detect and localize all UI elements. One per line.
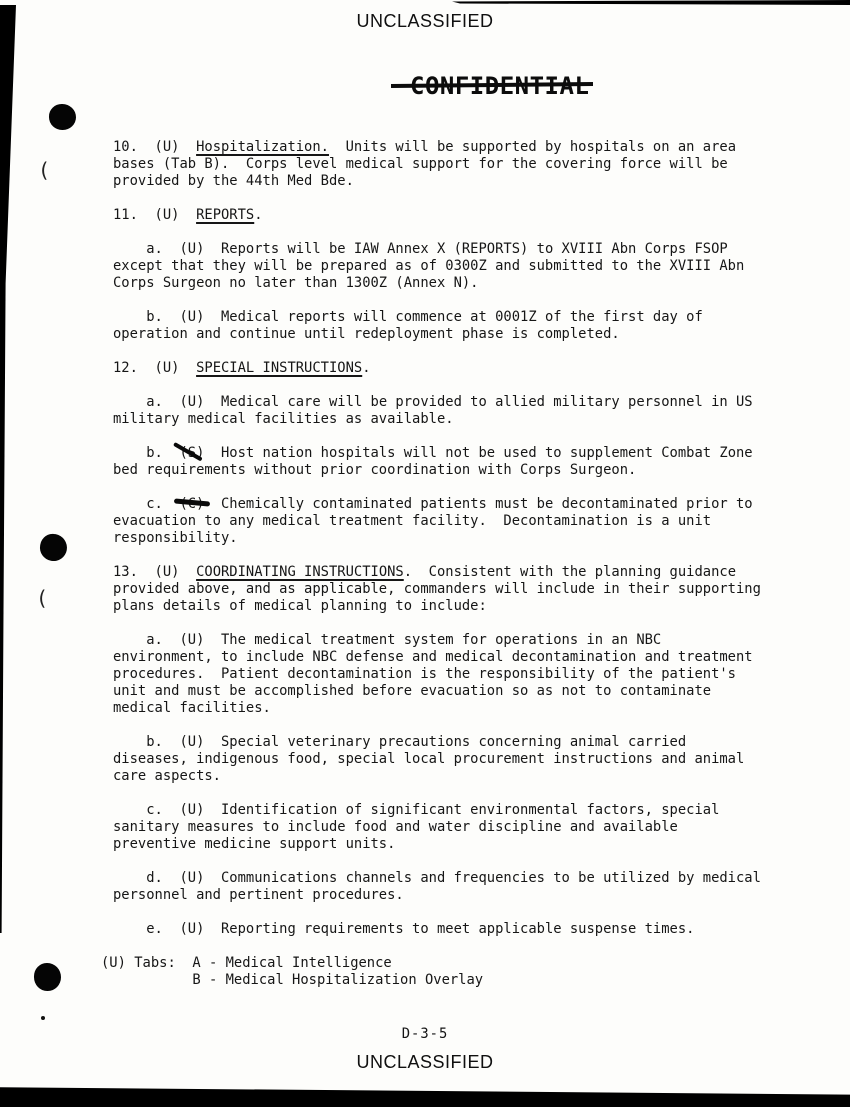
footer-classification: UNCLASSIFIED bbox=[0, 1052, 850, 1073]
para-13: 13. (U) COORDINATING INSTRUCTIONS. Consi… bbox=[113, 564, 775, 615]
para-13d-text: d. (U) Communications channels and frequ… bbox=[113, 870, 761, 903]
scan-edge-top-artifact bbox=[452, 0, 850, 5]
para-13-heading: COORDINATING INSTRUCTIONS bbox=[196, 564, 404, 580]
scan-edge-bottom-artifact bbox=[0, 1085, 850, 1107]
para-13a-text: a. (U) The medical treatment system for … bbox=[113, 632, 753, 716]
para-11: 11. (U) REPORTS. bbox=[113, 207, 775, 224]
ink-speck bbox=[41, 1016, 45, 1020]
para-12c: c. (C) Chemically contaminated patients … bbox=[113, 496, 775, 547]
para-11a: a. (U) Reports will be IAW Annex X (REPO… bbox=[113, 241, 775, 292]
para-12a: a. (U) Medical care will be provided to … bbox=[113, 394, 775, 428]
para-11b-text: b. (U) Medical reports will commence at … bbox=[113, 309, 703, 342]
pen-mark-paren-2: ( bbox=[36, 588, 48, 608]
hole-punch-dot-2 bbox=[38, 532, 69, 563]
para-11a-text: a. (U) Reports will be IAW Annex X (REPO… bbox=[113, 241, 744, 291]
scanned-document-page: ( ( UNCLASSIFIED CONFIDENTIAL 10. (U) Ho… bbox=[0, 0, 850, 1107]
para-13a: a. (U) The medical treatment system for … bbox=[113, 632, 775, 717]
para-13c-text: c. (U) Identification of significant env… bbox=[113, 802, 719, 852]
para-12-number: 12. (U) bbox=[113, 360, 196, 376]
para-11b: b. (U) Medical reports will commence at … bbox=[113, 309, 775, 343]
para-12-period: . bbox=[362, 360, 370, 376]
para-12a-text: a. (U) Medical care will be provided to … bbox=[113, 394, 753, 427]
tabs-list: (U) Tabs: A - Medical Intelligence B - M… bbox=[101, 955, 775, 989]
para-12b: b. (S) Host nation hospitals will not be… bbox=[113, 445, 775, 479]
header-classification: UNCLASSIFIED bbox=[0, 11, 850, 32]
para-10-number: 10. (U) bbox=[113, 139, 196, 155]
para-13b: b. (U) Special veterinary precautions co… bbox=[113, 734, 775, 785]
document-body: 10. (U) Hospitalization. Units will be s… bbox=[113, 139, 775, 1006]
para-13-number: 13. (U) bbox=[113, 564, 196, 580]
pen-mark-paren-1: ( bbox=[38, 160, 50, 180]
para-12b-text: Host nation hospitals will not be used t… bbox=[113, 445, 753, 478]
para-12c-prefix: c. bbox=[113, 496, 179, 512]
para-10: 10. (U) Hospitalization. Units will be s… bbox=[113, 139, 775, 190]
para-11-number: 11. (U) bbox=[113, 207, 196, 223]
struck-confidential-stamp: CONFIDENTIAL bbox=[410, 72, 589, 100]
para-13e: e. (U) Reporting requirements to meet ap… bbox=[113, 921, 775, 938]
para-13e-text: e. (U) Reporting requirements to meet ap… bbox=[113, 921, 694, 937]
para-10-heading: Hospitalization. bbox=[196, 139, 329, 155]
para-12b-prefix: b. bbox=[113, 445, 179, 461]
tabs-list-text: (U) Tabs: A - Medical Intelligence B - M… bbox=[101, 955, 483, 988]
para-11-period: . bbox=[254, 207, 262, 223]
page-number: D-3-5 bbox=[0, 1026, 850, 1042]
hole-punch-dot-1 bbox=[49, 104, 76, 130]
para-12c-struck-classification-mark: (C) bbox=[179, 496, 204, 513]
para-12b-struck-classification-mark: (S) bbox=[179, 445, 204, 462]
hole-punch-dot-3 bbox=[34, 963, 61, 991]
para-13c: c. (U) Identification of significant env… bbox=[113, 802, 775, 853]
scan-edge-left-artifact bbox=[0, 5, 16, 933]
para-11-heading: REPORTS bbox=[196, 207, 254, 223]
para-12-heading: SPECIAL INSTRUCTIONS bbox=[196, 360, 362, 376]
para-13b-text: b. (U) Special veterinary precautions co… bbox=[113, 734, 744, 784]
para-13d: d. (U) Communications channels and frequ… bbox=[113, 870, 775, 904]
para-12: 12. (U) SPECIAL INSTRUCTIONS. bbox=[113, 360, 775, 377]
